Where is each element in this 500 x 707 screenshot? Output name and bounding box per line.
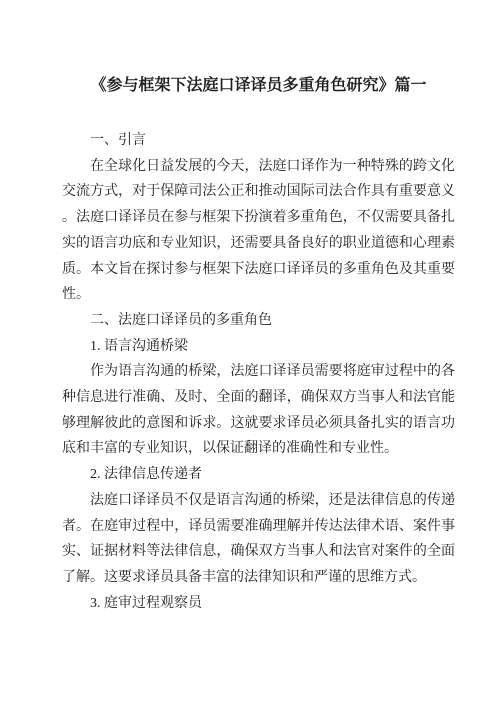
text-line: 作为语言沟通的桥梁，法庭口译译员需要将庭审过程中的各 [62, 359, 455, 385]
text-line: 底和丰富的专业知识，以保证翻译的准确性和专业性。 [62, 436, 455, 462]
sub-heading-line: 3. 庭审过程观察员 [62, 591, 455, 617]
text-line: 实的语言功底和专业知识，还需要具备良好的职业道德和心理素 [62, 231, 455, 257]
text-line: 者。在庭审过程中，译员需要准确理解并传达法律术语、案件事 [62, 514, 455, 540]
text-line: 实、证据材料等法律信息，确保双方当事人和法官对案件的全面 [62, 539, 455, 565]
document-title: 《参与框架下法庭口译译员多重角色研究》篇一 [62, 73, 455, 99]
text-line: 质。本文旨在探讨参与框架下法庭口译译员的多重角色及其重要 [62, 257, 455, 283]
document-page: 《参与框架下法庭口译译员多重角色研究》篇一 一、引言在全球化日益发展的今天，法庭… [0, 0, 500, 707]
section-heading-line: 一、引言 [62, 128, 455, 154]
document-body: 一、引言在全球化日益发展的今天，法庭口译作为一种特殊的跨文化交流方式，对于保障司… [62, 128, 455, 616]
sub-heading-line: 1. 语言沟通桥梁 [62, 334, 455, 360]
text-line: 了解。这要求译员具备丰富的法律知识和严谨的思维方式。 [62, 565, 455, 591]
sub-heading-line: 2. 法律信息传递者 [62, 462, 455, 488]
text-line: 够理解彼此的意图和诉求。这就要求译员必须具备扎实的语言功 [62, 411, 455, 437]
text-line: 。法庭口译译员在参与框架下扮演着多重角色，不仅需要具备扎 [62, 205, 455, 231]
text-line: 在全球化日益发展的今天，法庭口译作为一种特殊的跨文化 [62, 154, 455, 180]
text-line: 法庭口译译员不仅是语言沟通的桥梁，还是法律信息的传递 [62, 488, 455, 514]
text-line: 交流方式，对于保障司法公正和推动国际司法合作具有重要意义 [62, 179, 455, 205]
section-heading-line: 二、法庭口译译员的多重角色 [62, 308, 455, 334]
text-line: 种信息进行准确、及时、全面的翻译，确保双方当事人和法官能 [62, 385, 455, 411]
text-line: 性。 [62, 282, 455, 308]
